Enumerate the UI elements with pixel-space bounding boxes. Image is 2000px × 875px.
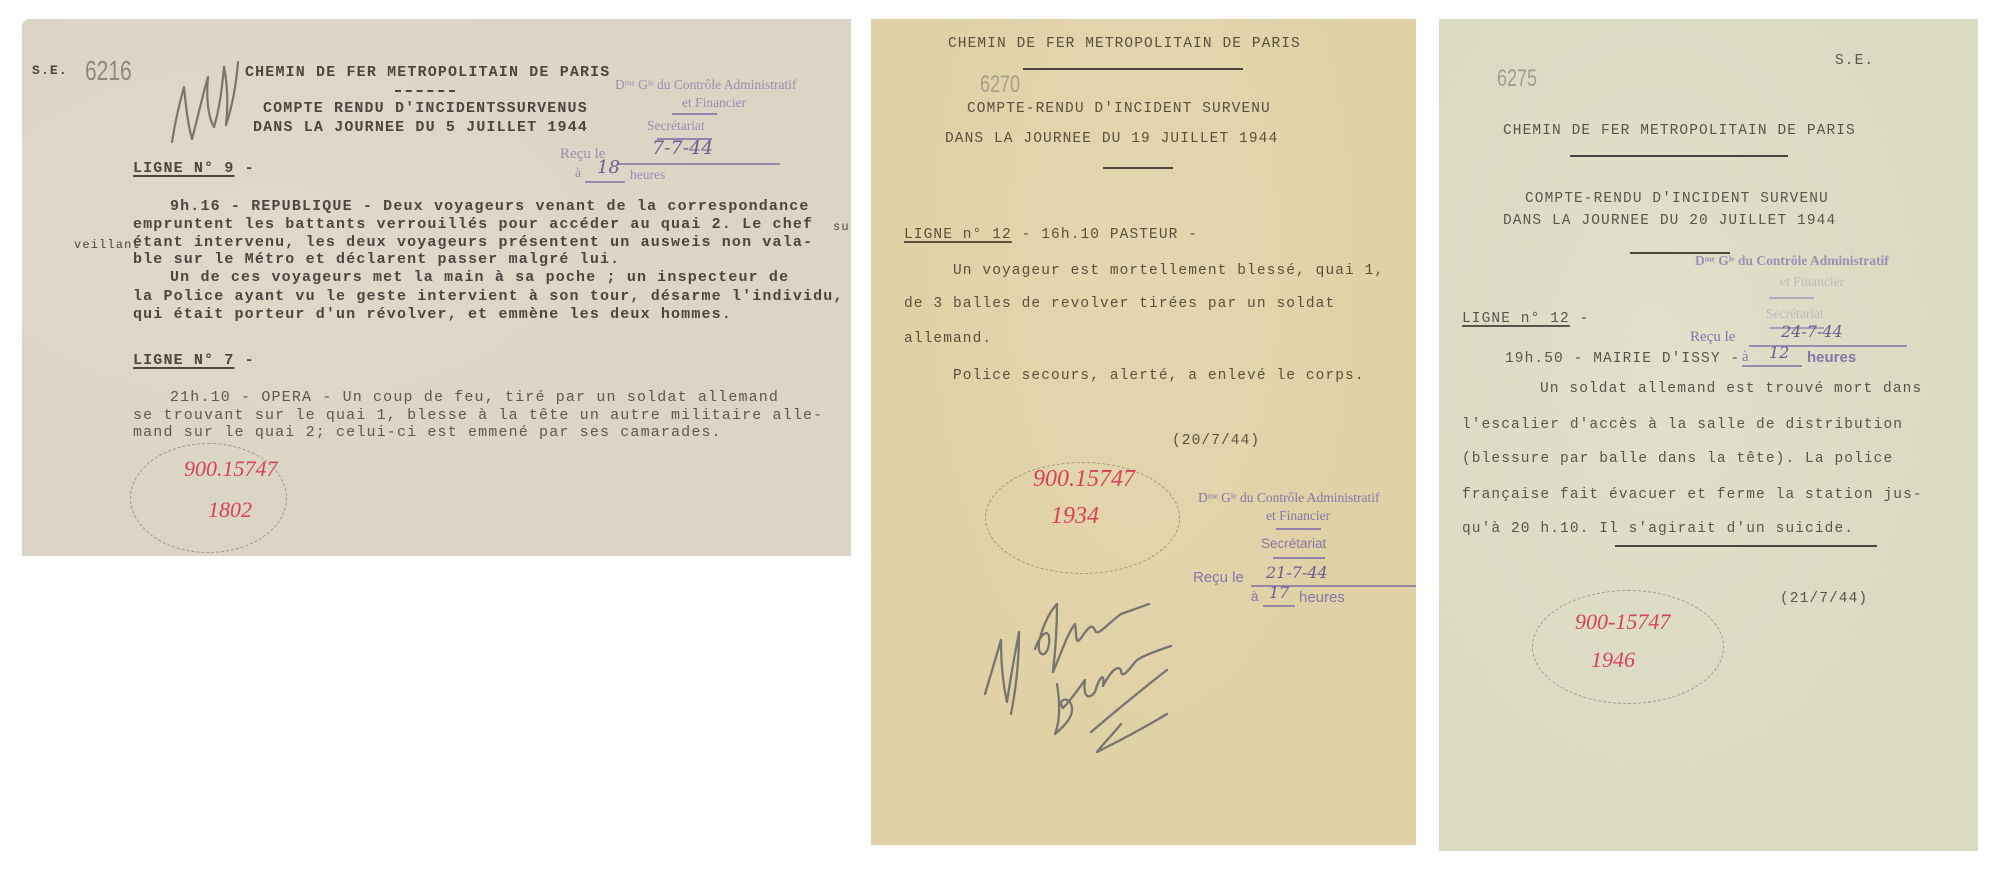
received-hour: 12 xyxy=(1769,343,1789,362)
archive-reference: 900.15747 xyxy=(184,456,278,482)
report-line: 21h.10 - OPERA - Un coup de feu, tiré pa… xyxy=(170,389,779,407)
org-name: CHEMIN DE FER METROPOLITAIN DE PARIS xyxy=(948,35,1301,53)
date-note: (20/7/44) xyxy=(1172,432,1260,450)
archive-number: 6275 xyxy=(1497,65,1537,93)
stamp-hours-label: heures xyxy=(1299,589,1345,606)
stamp-department: Dᵐᵉ Gˡᵉ du Contrôle Administratif xyxy=(1198,490,1380,506)
report-line: Un soldat allemand est trouvé mort dans xyxy=(1540,380,1922,398)
incident-report-5-july-1944: S.E. 6216 CHEMIN DE FER METROPOLITAIN DE… xyxy=(22,19,851,556)
service-ref: S.E. xyxy=(1835,52,1874,70)
stamp-office: Secrétariat xyxy=(647,118,705,134)
report-date: DANS LA JOURNEE DU 20 JUILLET 1944 xyxy=(1503,212,1836,230)
section-heading: LIGNE N° 9 - xyxy=(133,160,255,178)
archive-item-number: 1946 xyxy=(1591,647,1635,673)
stamp-divider xyxy=(1769,297,1814,299)
report-line: Un de ces voyageurs met la main à sa poc… xyxy=(170,269,789,287)
line-label: LIGNE N° 7 xyxy=(133,352,235,369)
margin-note: sur- xyxy=(833,218,851,236)
report-title: COMPTE-RENDU D'INCIDENT SURVENU xyxy=(967,100,1271,118)
archive-item-number: 1934 xyxy=(1051,503,1099,530)
stamp-received-label: Reçu le xyxy=(1690,329,1735,346)
received-date: 24-7-44 xyxy=(1781,322,1843,341)
report-line: se trouvant sur le quai 1, blesse à la t… xyxy=(133,407,823,425)
header-divider xyxy=(395,90,455,92)
margin-note: veillant xyxy=(74,236,141,254)
report-line: 9h.16 - REPUBLIQUE - Deux voyageurs vena… xyxy=(170,198,810,216)
archive-number: 6216 xyxy=(85,55,132,87)
line-label-suffix: - 16h.10 PASTEUR - xyxy=(1012,227,1198,243)
report-line: (blessure par balle dans la tête). La po… xyxy=(1462,450,1893,468)
stamp-department-2: et Financier xyxy=(682,95,746,111)
report-line: qui était porteur d'un révolver, et emmè… xyxy=(133,306,732,324)
section-heading: LIGNE N° 7 - xyxy=(133,352,255,370)
received-hour: 18 xyxy=(597,157,620,178)
section-heading: LIGNE n° 12 - 16h.10 PASTEUR - xyxy=(904,226,1198,244)
report-line: mand sur le quai 2; celui-ci est emmené … xyxy=(133,424,722,442)
line-label: LIGNE n° 12 xyxy=(904,227,1012,243)
stamp-hours-label: heures xyxy=(1807,349,1856,366)
conclusion-underline xyxy=(1615,545,1877,547)
incident-report-19-july-1944: CHEMIN DE FER METROPOLITAIN DE PARIS 627… xyxy=(871,19,1416,845)
stamp-department: Dᵐᵉ Gˡᵉ du Contrôle Administratif xyxy=(1695,253,1889,269)
stamp-divider xyxy=(1273,557,1325,559)
line-label: LIGNE N° 9 xyxy=(133,160,235,177)
section-heading: LIGNE n° 12 - xyxy=(1462,310,1589,328)
archive-number: 6270 xyxy=(980,71,1020,99)
stamp-at-label: à xyxy=(1251,589,1259,604)
received-hour: 17 xyxy=(1269,583,1289,602)
report-line: Police secours, alerté, a enlevé le corp… xyxy=(953,367,1365,385)
received-date: 7-7-44 xyxy=(652,137,713,159)
archive-reference: 900.15747 xyxy=(1033,466,1135,493)
report-line: empruntent les battants verrouillés pour… xyxy=(133,216,813,234)
header-divider xyxy=(1023,68,1243,70)
handwritten-initials xyxy=(162,47,252,152)
org-name: CHEMIN DE FER METROPOLITAIN DE PARIS xyxy=(245,64,610,82)
stamp-divider xyxy=(1276,528,1321,530)
incident-time-station: 19h.50 - MAIRIE D'ISSY - xyxy=(1505,350,1740,368)
line-label: LIGNE n° 12 xyxy=(1462,311,1570,327)
title-divider xyxy=(1103,167,1173,169)
handwritten-signature xyxy=(971,574,1221,759)
stamp-department: Dᵐᵉ Gˡᵉ du Contrôle Administratif xyxy=(615,77,797,93)
archive-item-number: 1802 xyxy=(208,497,252,523)
line-label-suffix: - xyxy=(235,160,255,177)
report-line: qu'à 20 h.10. Il s'agirait d'un suicide. xyxy=(1462,520,1854,538)
report-line: la Police ayant vu le geste intervient à… xyxy=(133,288,844,306)
incident-report-20-july-1944: S.E. 6275 CHEMIN DE FER METROPOLITAIN DE… xyxy=(1439,19,1978,851)
report-title: COMPTE-RENDU D'INCIDENT SURVENU xyxy=(1525,190,1829,208)
received-date: 21-7-44 xyxy=(1266,563,1328,582)
report-title: COMPTE RENDU D'INCIDENTSSURVENUS xyxy=(263,100,588,118)
line-label-suffix: - xyxy=(235,352,255,369)
report-line: allemand. xyxy=(904,330,992,348)
stamp-office: Secrétariat xyxy=(1261,536,1326,551)
stamp-department-2: et Financier xyxy=(1266,508,1330,524)
archive-reference: 900-15747 xyxy=(1575,609,1670,635)
report-line: l'escalier d'accès à la salle de distrib… xyxy=(1462,416,1903,434)
stamp-divider xyxy=(672,113,717,115)
report-line: française fait évacuer et ferme la stati… xyxy=(1462,486,1923,504)
line-label-suffix: - xyxy=(1570,311,1590,327)
report-line: Un voyageur est mortellement blessé, qua… xyxy=(953,262,1384,280)
report-line: étant intervenu, les deux voyageurs prés… xyxy=(133,234,813,252)
date-note: (21/7/44) xyxy=(1780,590,1868,608)
stamp-hours-label: heures xyxy=(630,167,665,183)
header-divider xyxy=(1570,155,1788,157)
stamp-at-label: à xyxy=(575,165,581,181)
report-date: DANS LA JOURNEE DU 19 JUILLET 1944 xyxy=(945,130,1278,148)
org-name: CHEMIN DE FER METROPOLITAIN DE PARIS xyxy=(1503,122,1856,140)
report-date: DANS LA JOURNEE DU 5 JUILLET 1944 xyxy=(253,119,588,137)
report-line: ble sur le Métro et déclarent passer mal… xyxy=(133,251,620,269)
service-ref: S.E. xyxy=(32,62,68,80)
stamp-department-2: et Financier xyxy=(1780,274,1844,290)
stamp-office: Secrétariat xyxy=(1766,306,1824,322)
report-line: de 3 balles de revolver tirées par un so… xyxy=(904,295,1335,313)
